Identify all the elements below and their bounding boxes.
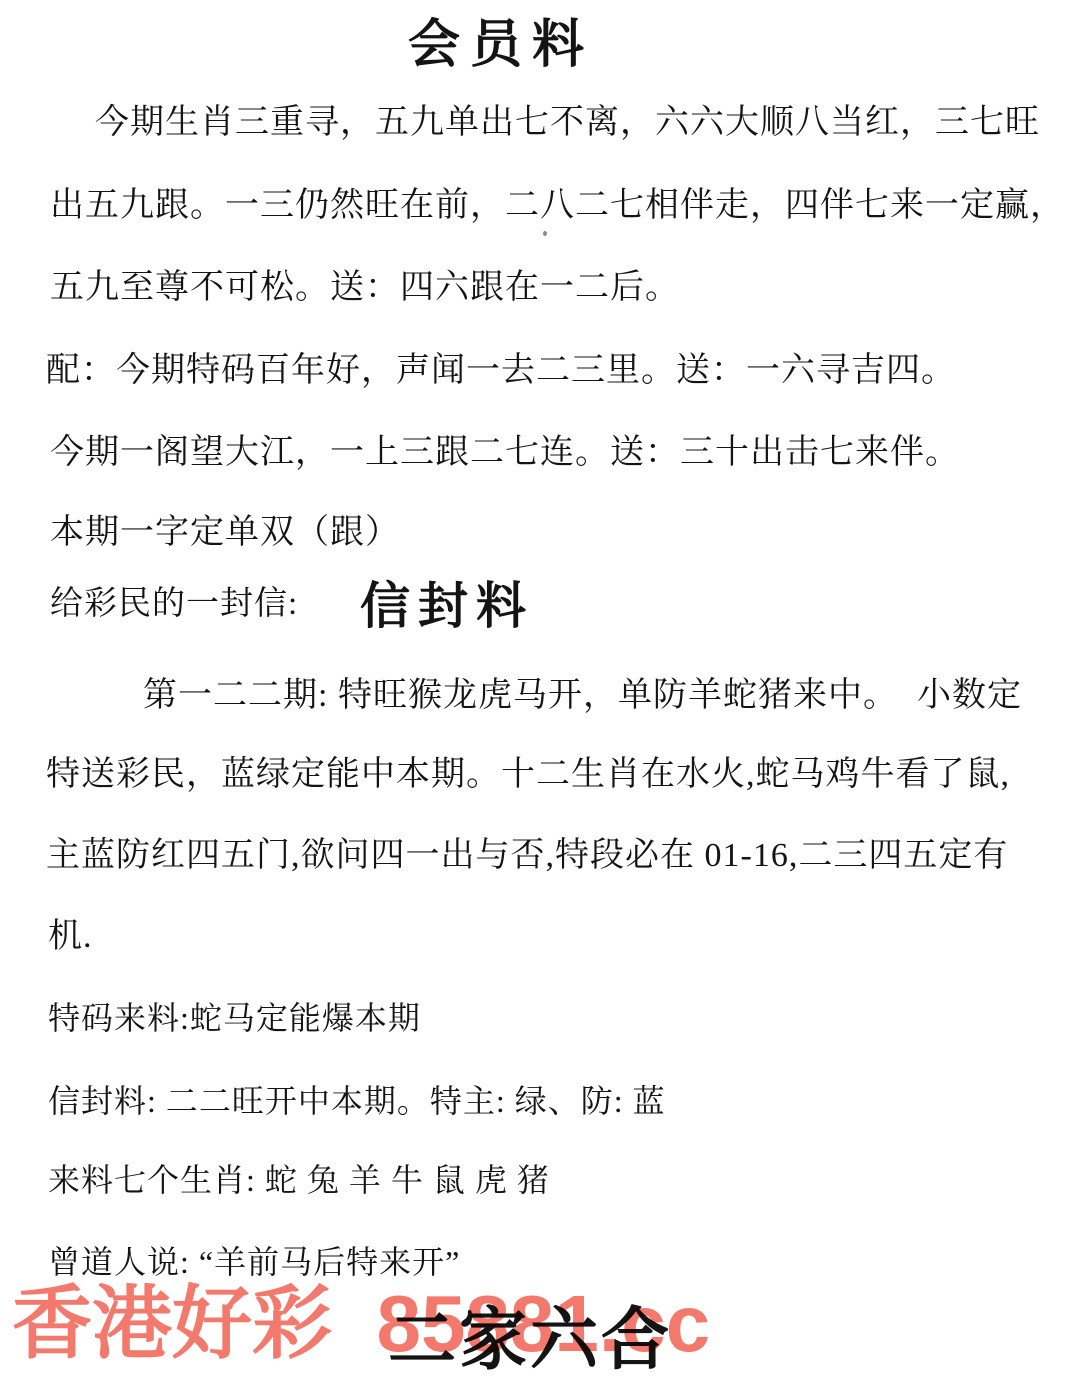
- master-quote-tip: 曾道人说: “羊前马后特来开”: [48, 1243, 460, 1281]
- member-line: 出五九跟。一三仍然旺在前，二八二七相伴走，四伴七来一定赢，: [50, 186, 1065, 227]
- member-line: 今期生肖三重寻，五九单出七不离，六六大顺八当红，三七旺: [95, 103, 1040, 144]
- envelope-line: 机.: [48, 917, 93, 958]
- envelope-material-tip: 信封料: 二二旺开中本期。特主: 绿、防: 蓝: [48, 1082, 666, 1120]
- member-section-title: 会员料: [408, 2, 594, 77]
- member-line: 今期一阁望大江，一上三跟二七连。送：三十出击七来伴。: [50, 433, 960, 474]
- envelope-intro-label: 给彩民的一封信:: [50, 585, 298, 625]
- special-code-tip: 特码来料:蛇马定能爆本期: [48, 999, 421, 1037]
- envelope-line: 第一二二期: 特旺猴龙虎马开，单防羊蛇猪来中。 小数定: [143, 676, 1022, 717]
- envelope-section-title: 信封料: [360, 566, 534, 638]
- document-page: 会员料 今期生肖三重寻，五九单出七不离，六六大顺八当红，三七旺 出五九跟。一三仍…: [0, 0, 1082, 1388]
- envelope-line: 主蓝防红四五门,欲问四一出与否,特段必在 01-16,二三四五定有: [46, 836, 1008, 877]
- next-section-cut-title: 二家六合: [388, 1306, 672, 1374]
- member-line: 配：今期特码百年好，声闻一去二三里。送：一六寻吉四。: [46, 351, 956, 392]
- member-line: 五九至尊不可松。送：四六跟在一二后。: [50, 268, 680, 309]
- member-line: 本期一字定单双（跟）: [50, 513, 400, 554]
- zodiac-tip: 来料七个生肖: 蛇 兔 羊 牛 鼠 虎 猪: [48, 1161, 550, 1199]
- envelope-line: 特送彩民，蓝绿定能中本期。十二生肖在水火,蛇马鸡牛看了鼠,: [46, 755, 1010, 796]
- scan-artifact-dot: [543, 231, 547, 236]
